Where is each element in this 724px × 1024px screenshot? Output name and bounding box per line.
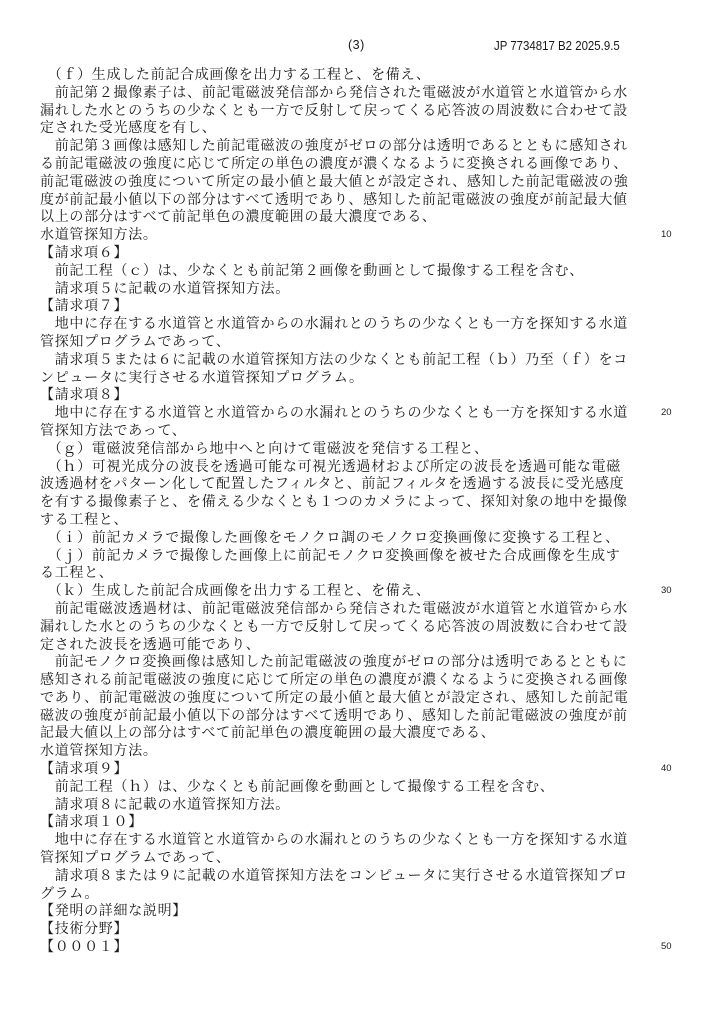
text-line: （ｉ）前記カメラで撮像した画像をモノクロ調のモノクロ変換画像に変換する工程と、: [40, 529, 640, 547]
text-line: 前記工程（ｈ）は、少なくとも前記画像を動画として撮像する工程を含む、: [40, 778, 640, 796]
text-line: 前記第３画像は感知した前記電磁波の強度がゼロの部分は透明であるとともに感知され: [40, 137, 640, 155]
text-line: 地中に存在する水道管と水道管からの水漏れとのうちの少なくとも一方を探知する水道: [40, 404, 640, 422]
text-line: 水道管探知方法。: [40, 226, 640, 244]
text-line: 漏れした水とのうちの少なくとも一方で反射して戻ってくる応答波の周波数に合わせて設: [40, 102, 640, 120]
text-line: 請求項８に記載の水道管探知方法。: [40, 796, 640, 814]
text-line: 【請求項８】: [40, 386, 640, 404]
text-line: （ｊ）前記カメラで撮像した画像上に前記モノクロ変換画像を被せた合成画像を生成す: [40, 547, 640, 565]
text-line: 波透過材をパターン化して配置したフィルタと、前記フィルタを透過する波長に受光感度: [40, 475, 640, 493]
text-line: 漏れした水とのうちの少なくとも一方で反射して戻ってくる応答波の周波数に合わせて設: [40, 618, 640, 636]
text-block: （ｆ）生成した前記合成画像を出力する工程と、を備え、 前記第２撮像素子は、前記電…: [40, 66, 640, 956]
text-line: （ｈ）可視光成分の波長を透過可能な可視光透過材および所定の波長を透過可能な電磁: [40, 458, 640, 476]
text-line: 請求項８または９に記載の水道管探知方法をコンピュータに実行させる水道管探知プロ: [40, 867, 640, 885]
text-line: る前記電磁波の強度に応じて所定の単色の濃度が濃くなるように変換される画像であり、: [40, 155, 640, 173]
text-line: 【請求項１０】: [40, 813, 640, 831]
line-number-marker: 10: [661, 226, 685, 244]
text-line: 【請求項７】: [40, 297, 640, 315]
text-line: （ｇ）電磁波発信部から地中へと向けて電磁波を発信する工程と、: [40, 440, 640, 458]
text-line: （ｋ）生成した前記合成画像を出力する工程と、を備え、: [40, 582, 640, 600]
text-line: 【請求項９】: [40, 760, 640, 778]
text-line: する工程と、: [40, 511, 640, 529]
text-line: 【０００１】: [40, 938, 640, 956]
text-line: 記最大値以上の部分はすべて前記単色の濃度範囲の最大濃度である、: [40, 724, 640, 742]
text-line: 前記工程（ｃ）は、少なくとも前記第２画像を動画として撮像する工程を含む、: [40, 262, 640, 280]
line-number-marker: 50: [661, 938, 685, 956]
text-line: 以上の部分はすべて前記単色の濃度範囲の最大濃度である、: [40, 208, 640, 226]
text-line: 感知される前記電磁波の強度に応じて所定の単色の濃度が濃くなるように変換される画像: [40, 671, 640, 689]
text-line: 管探知プログラムであって、: [40, 333, 640, 351]
text-line: 地中に存在する水道管と水道管からの水漏れとのうちの少なくとも一方を探知する水道: [40, 315, 640, 333]
text-line: 水道管探知方法。: [40, 742, 640, 760]
text-line: 磁波の強度が前記最小値以下の部分はすべて透明であり、感知した前記電磁波の強度が前: [40, 707, 640, 725]
text-line: 前記電磁波の強度について所定の最小値と最大値とが設定され、感知した前記電磁波の強: [40, 173, 640, 191]
text-line: 前記モノクロ変換画像は感知した前記電磁波の強度がゼロの部分は透明であるとともに: [40, 653, 640, 671]
text-line: 管探知プログラムであって、: [40, 849, 640, 867]
text-line: 前記電磁波透過材は、前記電磁波発信部から発信された電磁波が水道管と水道管から水: [40, 600, 640, 618]
text-line: る工程と、: [40, 564, 640, 582]
patent-page: (3) JP 7734817 B2 2025.9.5 （ｆ）生成した前記合成画像…: [0, 0, 724, 1024]
text-line: 【技術分野】: [40, 920, 640, 938]
text-line: ンピュータに実行させる水道管探知プログラム。: [40, 369, 640, 387]
text-line: 【発明の詳細な説明】: [40, 902, 640, 920]
line-number-marker: 40: [661, 760, 685, 778]
line-number-marker: 20: [661, 404, 685, 422]
text-line: 管探知方法であって、: [40, 422, 640, 440]
text-line: 請求項５に記載の水道管探知方法。: [40, 280, 640, 298]
text-line: （ｆ）生成した前記合成画像を出力する工程と、を備え、: [40, 66, 640, 84]
text-line: を有する撮像素子と、を備える少なくとも１つのカメラによって、探知対象の地中を撮像: [40, 493, 640, 511]
text-line: 【請求項６】: [40, 244, 640, 262]
header-page-number: (3): [348, 38, 365, 52]
text-line: 定された受光感度を有し、: [40, 119, 640, 137]
header-publication-number: JP 7734817 B2 2025.9.5: [494, 38, 620, 53]
text-line: 前記第２撮像素子は、前記電磁波発信部から発信された電磁波が水道管と水道管から水: [40, 84, 640, 102]
text-line: 地中に存在する水道管と水道管からの水漏れとのうちの少なくとも一方を探知する水道: [40, 831, 640, 849]
text-line: グラム。: [40, 885, 640, 903]
text-line: であり、前記電磁波の強度について所定の最小値と最大値とが設定され、感知した前記電: [40, 689, 640, 707]
text-line: 度が前記最小値以下の部分はすべて透明であり、感知した前記電磁波の強度が前記最大値: [40, 191, 640, 209]
line-number-marker: 30: [661, 582, 685, 600]
text-line: 請求項５または６に記載の水道管探知方法の少なくとも前記工程（ｂ）乃至（ｆ）をコ: [40, 351, 640, 369]
text-line: 定された波長を透過可能であり、: [40, 636, 640, 654]
